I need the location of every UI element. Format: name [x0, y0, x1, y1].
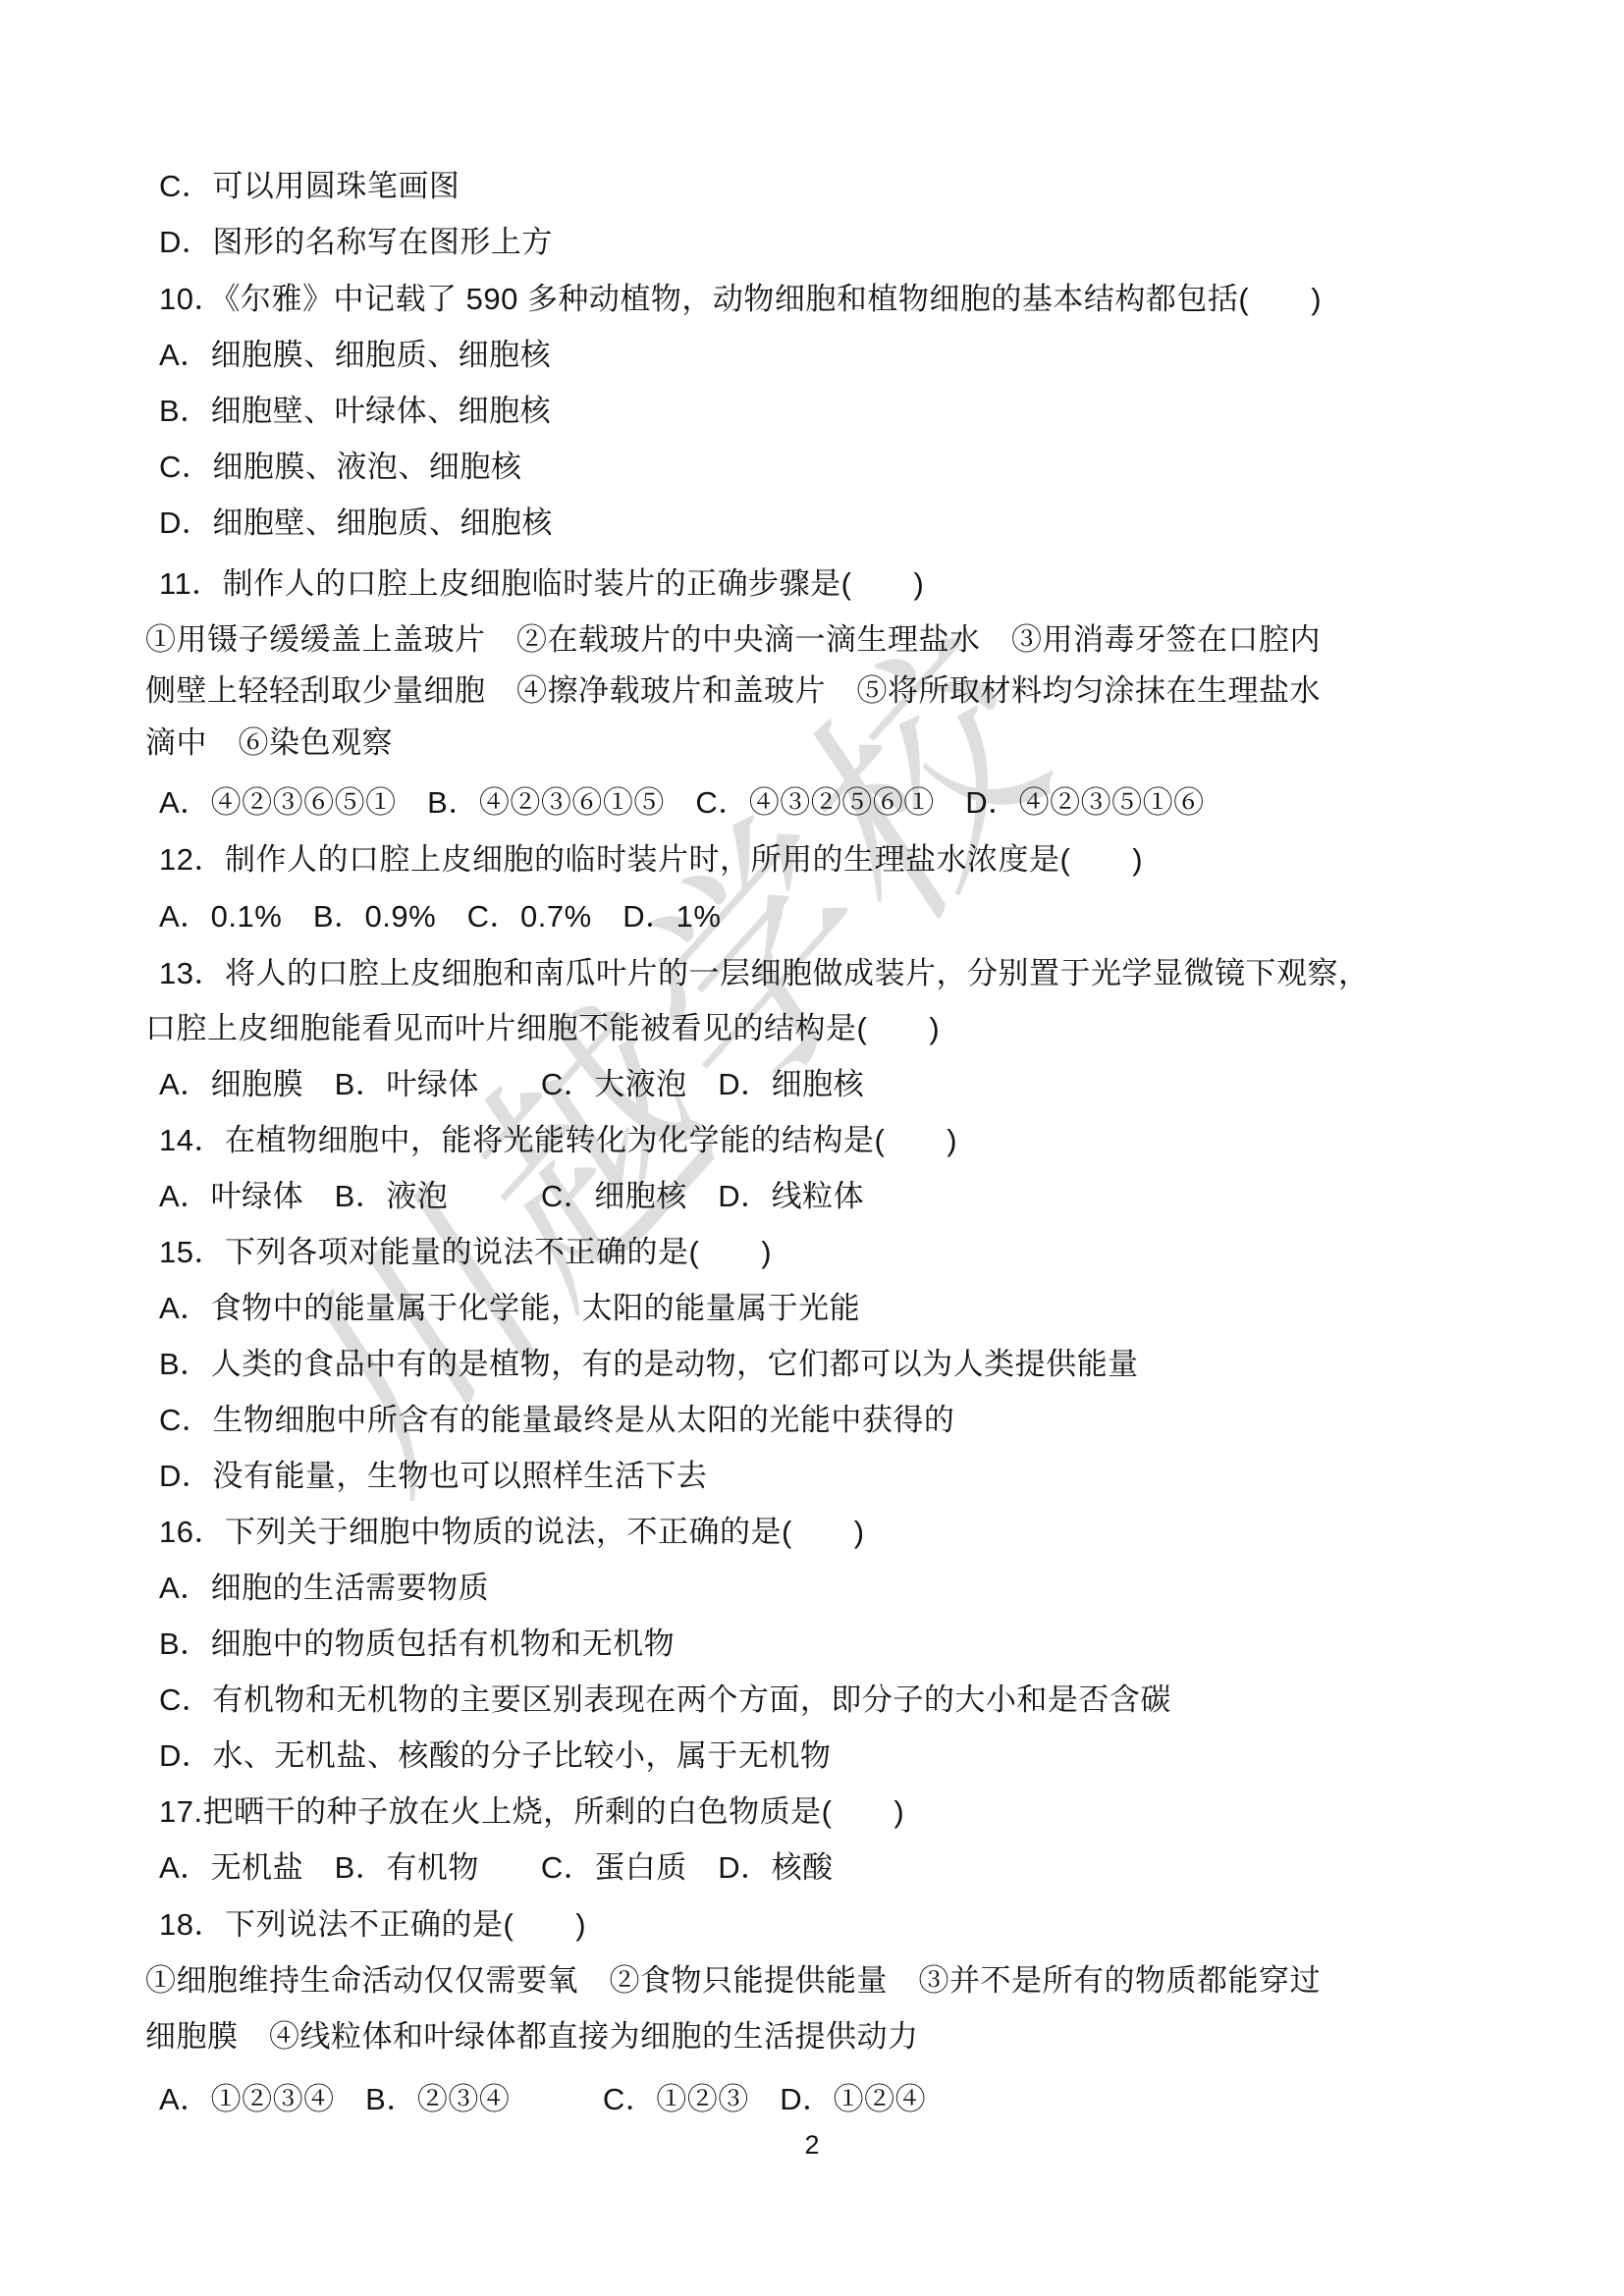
- option-line-16D: D．水、无机盐、核酸的分子比较小，属于无机物: [159, 1738, 831, 1774]
- stem-line-18-items-1: ①细胞维持生命活动仅仅需要氧 ②食物只能提供能量 ③并不是所有的物质都能穿过: [145, 1963, 1321, 1999]
- question-line-17: 17.把晒干的种子放在火上烧，所剩的白色物质是( ): [159, 1794, 904, 1830]
- option-line-15C: C．生物细胞中所含有的能量最终是从太阳的光能中获得的: [159, 1403, 954, 1438]
- question-line-14: 14．在植物细胞中，能将光能转化为化学能的结构是( ): [159, 1123, 957, 1158]
- watermark-text: 川越学校: [0, 320, 1388, 1789]
- option-line-9C: C．可以用圆珠笔画图: [159, 169, 460, 204]
- option-line-10A: A．细胞膜、细胞质、细胞核: [159, 338, 551, 373]
- question-line-13: 13．将人的口腔上皮细胞和南瓜叶片的一层细胞做成装片，分别置于光学显微镜下观察，: [159, 956, 1369, 991]
- option-line-17ABCD: A．无机盐 B．有机物 C．蛋白质 D．核酸: [159, 1850, 834, 1886]
- stem-line-11-steps-1: ①用镊子缓缓盖上盖玻片 ②在载玻片的中央滴一滴生理盐水 ③用消毒牙签在口腔内: [145, 622, 1321, 658]
- option-line-15A: A．食物中的能量属于化学能，太阳的能量属于光能: [159, 1291, 860, 1326]
- option-line-14ABCD: A．叶绿体 B．液泡 C．细胞核 D．线粒体: [159, 1179, 864, 1214]
- exam-page: 川越学校 C．可以用圆珠笔画图 D．图形的名称写在图形上方 10．《尔雅》中记载…: [0, 0, 1624, 2296]
- option-line-10C: C．细胞膜、液泡、细胞核: [159, 450, 521, 485]
- option-line-18ABCD: A．①②③④ B．②③④ C．①②③ D．①②④: [159, 2082, 926, 2117]
- question-line-18: 18．下列说法不正确的是( ): [159, 1907, 586, 1943]
- stem-line-13-cont: 口腔上皮细胞能看见而叶片细胞不能被看见的结构是( ): [145, 1011, 940, 1046]
- option-line-9D: D．图形的名称写在图形上方: [159, 225, 553, 260]
- stem-line-18-items-2: 细胞膜 ④线粒体和叶绿体都直接为细胞的生活提供动力: [145, 2019, 919, 2055]
- question-line-10: 10．《尔雅》中记载了 590 多种动植物，动物细胞和植物细胞的基本结构都包括(…: [159, 282, 1322, 317]
- option-line-16B: B．细胞中的物质包括有机物和无机物: [159, 1627, 675, 1662]
- option-line-11ABCD: A．④②③⑥⑤① B．④②③⑥①⑤ C．④③②⑤⑥① D．④②③⑤①⑥: [159, 785, 1205, 821]
- option-line-16C: C．有机物和无机物的主要区别表现在两个方面，即分子的大小和是否含碳: [159, 1682, 1171, 1718]
- option-line-15D: D．没有能量，生物也可以照样生活下去: [159, 1459, 707, 1494]
- option-line-10D: D．细胞壁、细胞质、细胞核: [159, 506, 553, 541]
- option-line-13ABCD: A．细胞膜 B．叶绿体 C．大液泡 D．细胞核: [159, 1067, 864, 1102]
- option-line-16A: A．细胞的生活需要物质: [159, 1571, 489, 1606]
- question-line-12: 12．制作人的口腔上皮细胞的临时装片时，所用的生理盐水浓度是( ): [159, 842, 1143, 878]
- question-line-16: 16．下列关于细胞中物质的说法，不正确的是( ): [159, 1515, 865, 1550]
- option-line-10B: B．细胞壁、叶绿体、细胞核: [159, 394, 551, 429]
- option-line-12ABCD: A．0.1% B．0.9% C．0.7% D．1%: [159, 899, 721, 934]
- option-line-15B: B．人类的食品中有的是植物，有的是动物，它们都可以为人类提供能量: [159, 1347, 1139, 1382]
- stem-line-11-steps-3: 滴中 ⑥染色观察: [145, 725, 393, 761]
- question-line-11: 11．制作人的口腔上皮细胞临时装片的正确步骤是( ): [159, 566, 924, 602]
- page-number: 2: [0, 2130, 1624, 2161]
- question-line-15: 15．下列各项对能量的说法不正确的是( ): [159, 1235, 772, 1270]
- stem-line-11-steps-2: 侧壁上轻轻刮取少量细胞 ④擦净载玻片和盖玻片 ⑤将所取材料均匀涂抹在生理盐水: [145, 673, 1321, 709]
